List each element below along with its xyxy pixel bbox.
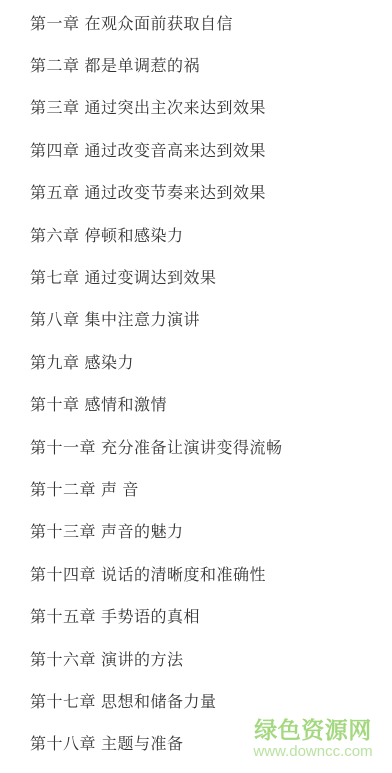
chapter-item-14[interactable]: 第十四章 说话的清晰度和准确性 bbox=[0, 552, 392, 594]
chapter-title: 第三章 通过突出主次来达到效果 bbox=[30, 95, 266, 118]
chapter-item-12[interactable]: 第十二章 声 音 bbox=[0, 467, 392, 509]
chapter-title: 第二章 都是单调惹的祸 bbox=[30, 53, 200, 76]
chapter-item-8[interactable]: 第八章 集中注意力演讲 bbox=[0, 298, 392, 340]
chapter-title: 第十四章 说话的清晰度和准确性 bbox=[30, 562, 266, 585]
chapter-title: 第十七章 思想和储备力量 bbox=[30, 689, 216, 712]
chapter-item-11[interactable]: 第十一章 充分准备让演讲变得流畅 bbox=[0, 425, 392, 467]
chapter-item-3[interactable]: 第三章 通过突出主次来达到效果 bbox=[0, 86, 392, 128]
chapter-item-15[interactable]: 第十五章 手势语的真相 bbox=[0, 594, 392, 636]
chapter-item-5[interactable]: 第五章 通过改变节奏来达到效果 bbox=[0, 171, 392, 213]
chapter-item-6[interactable]: 第六章 停顿和感染力 bbox=[0, 213, 392, 255]
chapter-title: 第七章 通过变调达到效果 bbox=[30, 265, 216, 288]
chapter-title: 第十二章 声 音 bbox=[30, 477, 139, 500]
chapter-item-1[interactable]: 第一章 在观众面前获取自信 bbox=[0, 1, 392, 43]
chapter-list: 第一章 在观众面前获取自信 第二章 都是单调惹的祸 第三章 通过突出主次来达到效… bbox=[0, 0, 392, 773]
chapter-item-16[interactable]: 第十六章 演讲的方法 bbox=[0, 637, 392, 679]
chapter-title: 第八章 集中注意力演讲 bbox=[30, 307, 200, 330]
chapter-title: 第十章 感情和激情 bbox=[30, 392, 167, 415]
chapter-title: 第十八章 主题与准备 bbox=[30, 731, 183, 754]
chapter-item-10[interactable]: 第十章 感情和激情 bbox=[0, 383, 392, 425]
chapter-item-13[interactable]: 第十三章 声音的魅力 bbox=[0, 510, 392, 552]
chapter-title: 第六章 停顿和感染力 bbox=[30, 223, 183, 246]
chapter-item-4[interactable]: 第四章 通过改变音高来达到效果 bbox=[0, 128, 392, 170]
chapter-item-7[interactable]: 第七章 通过变调达到效果 bbox=[0, 255, 392, 297]
chapter-title: 第四章 通过改变音高来达到效果 bbox=[30, 138, 266, 161]
chapter-item-18[interactable]: 第十八章 主题与准备 bbox=[0, 722, 392, 764]
chapter-title: 第十六章 演讲的方法 bbox=[30, 647, 183, 670]
chapter-title: 第十一章 充分准备让演讲变得流畅 bbox=[30, 435, 282, 458]
chapter-title: 第五章 通过改变节奏来达到效果 bbox=[30, 180, 266, 203]
chapter-title: 第十三章 声音的魅力 bbox=[30, 519, 183, 542]
chapter-title: 第一章 在观众面前获取自信 bbox=[30, 11, 233, 34]
chapter-item-17[interactable]: 第十七章 思想和储备力量 bbox=[0, 679, 392, 721]
chapter-item-2[interactable]: 第二章 都是单调惹的祸 bbox=[0, 43, 392, 85]
chapter-item-9[interactable]: 第九章 感染力 bbox=[0, 340, 392, 382]
chapter-title: 第十五章 手势语的真相 bbox=[30, 604, 200, 627]
chapter-title: 第九章 感染力 bbox=[30, 350, 134, 373]
